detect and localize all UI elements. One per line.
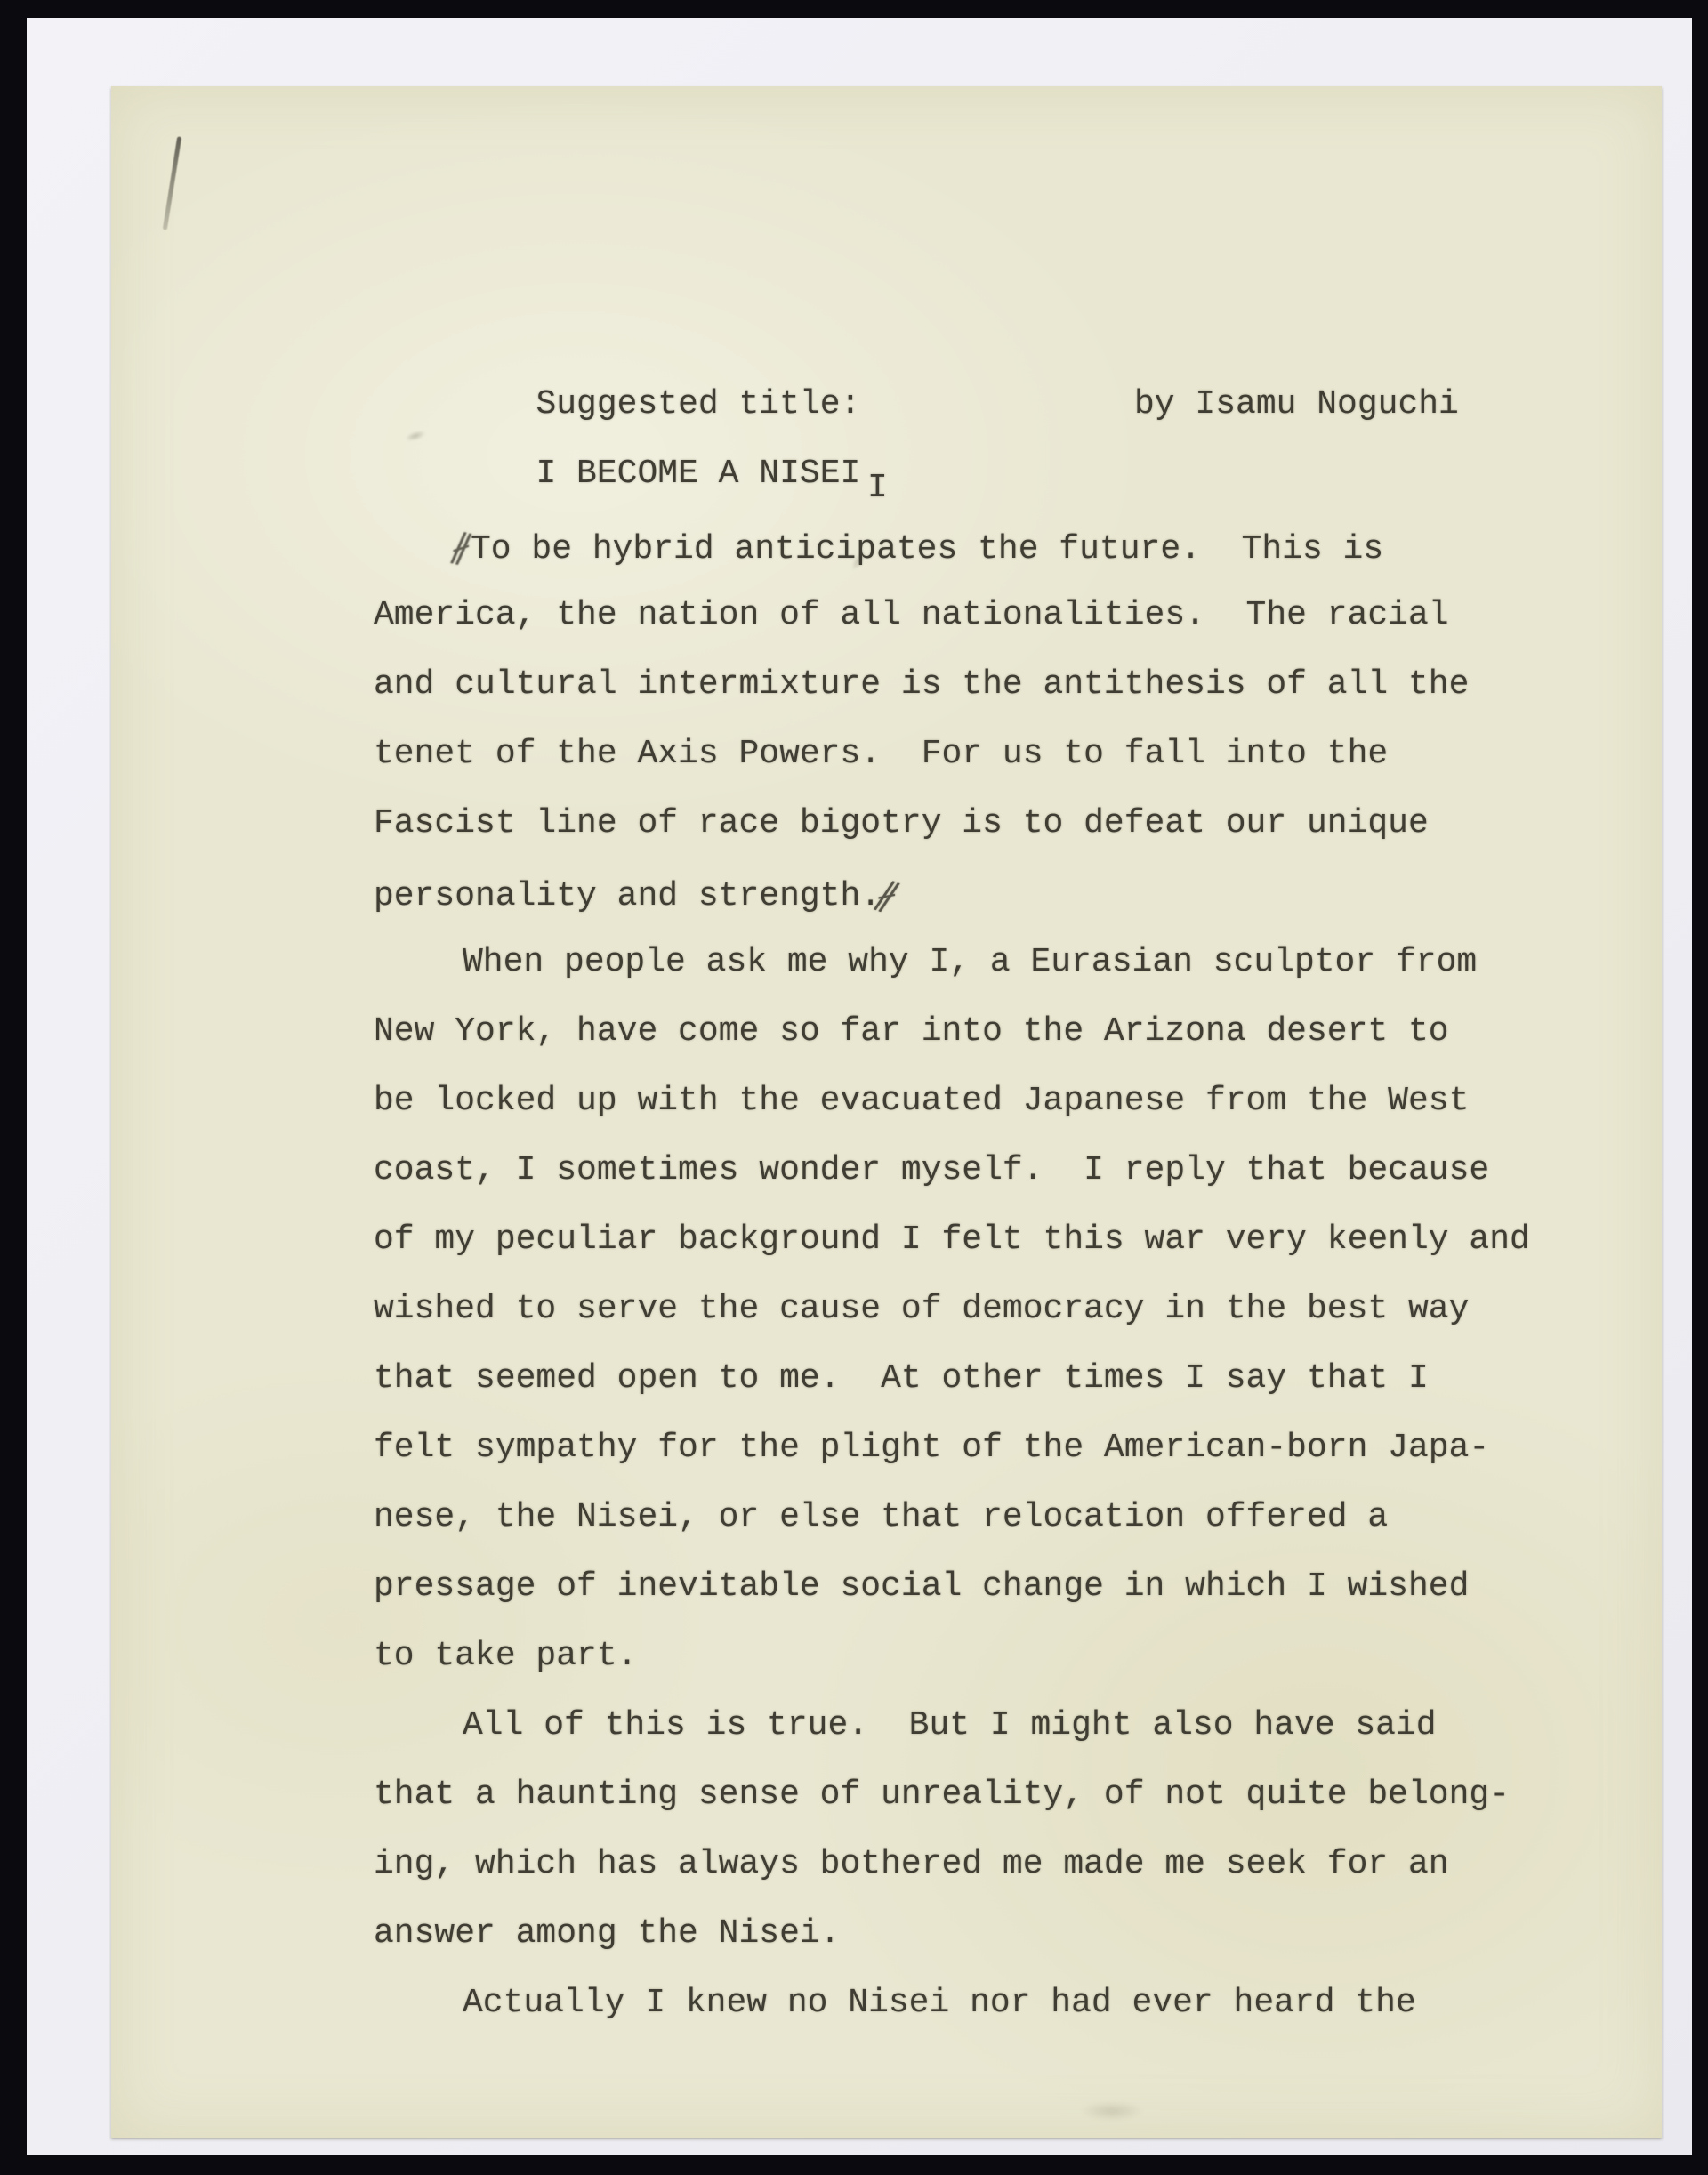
- typescript-line: All of this is true. But I might also ha…: [374, 1691, 1637, 1760]
- line-text: felt sympathy for the plight of the Amer…: [374, 1429, 1489, 1467]
- typescript-line: Fascist line of race bigotry is to defea…: [374, 789, 1637, 858]
- line-text: All of this is true. But I might also ha…: [463, 1706, 1437, 1744]
- document-title: I BECOME A NISEI: [536, 455, 860, 493]
- typescript-line: that seemed open to me. At other times I…: [374, 1344, 1637, 1414]
- line-text: America, the nation of all nationalities…: [374, 596, 1449, 634]
- line-text: When people ask me why I, a Eurasian scu…: [463, 943, 1477, 981]
- typescript-line: Actually I knew no Nisei nor had ever he…: [374, 1969, 1637, 2038]
- typescript-line: tenet of the Axis Powers. For us to fall…: [374, 720, 1637, 789]
- typescript-line: answer among the Nisei.: [374, 1899, 1637, 1969]
- typescript-line: New York, have come so far into the Ariz…: [374, 997, 1637, 1067]
- typescript-line: pressage of inevitable social change in …: [374, 1552, 1637, 1622]
- line-text: ing, which has always bothered me made m…: [374, 1845, 1449, 1883]
- typescript-body: Suggested title: I BECOME A NISEI by Isa…: [374, 301, 1637, 2038]
- typescript-line: that a haunting sense of unreality, of n…: [374, 1760, 1637, 1830]
- typescript-line: America, the nation of all nationalities…: [374, 581, 1637, 650]
- line-text: nese, the Nisei, or else that relocation…: [374, 1498, 1388, 1536]
- typescript-line: felt sympathy for the plight of the Amer…: [374, 1414, 1637, 1483]
- typescript-line: and cultural intermixture is the antithe…: [374, 650, 1637, 720]
- typescript-line: nese, the Nisei, or else that relocation…: [374, 1483, 1637, 1552]
- handwritten-page-number-mark: [163, 136, 182, 230]
- line-text: personality and strength.: [374, 877, 881, 915]
- line-text: tenet of the Axis Powers. For us to fall…: [374, 735, 1388, 773]
- typescript-page: Suggested title: I BECOME A NISEI by Isa…: [111, 86, 1662, 2138]
- paper-mat: Suggested title: I BECOME A NISEI by Isa…: [27, 18, 1692, 2155]
- line-text: be locked up with the evacuated Japanese…: [374, 1082, 1469, 1120]
- typescript-line: wished to serve the cause of democracy i…: [374, 1275, 1637, 1344]
- line-text: answer among the Nisei.: [374, 1914, 841, 1953]
- typescript-line: coast, I sometimes wonder myself. I repl…: [374, 1136, 1637, 1205]
- typescript-line: be locked up with the evacuated Japanese…: [374, 1067, 1637, 1136]
- pencil-smudge: [1081, 2101, 1143, 2121]
- line-text: To be hybrid anticipates the future. Thi…: [471, 530, 1383, 568]
- suggested-title-label: Suggested title:: [374, 301, 1637, 370]
- line-text: New York, have come so far into the Ariz…: [374, 1012, 1449, 1051]
- typescript-line: to take part.: [374, 1622, 1637, 1691]
- line-text: that seemed open to me. At other times I…: [374, 1359, 1429, 1398]
- line-text: Actually I knew no Nisei nor had ever he…: [463, 1984, 1416, 2022]
- section-numeral-text: I: [867, 469, 888, 507]
- line-text: pressage of inevitable social change in …: [374, 1567, 1469, 1606]
- line-text: Fascist line of race bigotry is to defea…: [374, 804, 1429, 842]
- line-text: to take part.: [374, 1637, 637, 1675]
- author-byline: by Isamu Noguchi: [1134, 370, 1459, 439]
- line-text: that a haunting sense of unreality, of n…: [374, 1776, 1510, 1814]
- scanned-document-screenshot: { "colors": { "scan_background": "#0b0b0…: [0, 0, 1708, 2175]
- typescript-line: personality and strength.∦: [374, 858, 1637, 928]
- typescript-line: When people ask me why I, a Eurasian scu…: [374, 928, 1637, 997]
- title-row: I BECOME A NISEI by Isamu Noguchi: [374, 370, 1637, 439]
- line-text: and cultural intermixture is the antithe…: [374, 665, 1469, 704]
- line-text: wished to serve the cause of democracy i…: [374, 1290, 1469, 1328]
- typescript-line: ∦To be hybrid anticipates the future. Th…: [374, 512, 1637, 581]
- typescript-line: ing, which has always bothered me made m…: [374, 1830, 1637, 1899]
- typescript-line: of my peculiar background I felt this wa…: [374, 1205, 1637, 1275]
- line-text: of my peculiar background I felt this wa…: [374, 1220, 1530, 1259]
- line-text: coast, I sometimes wonder myself. I repl…: [374, 1151, 1489, 1189]
